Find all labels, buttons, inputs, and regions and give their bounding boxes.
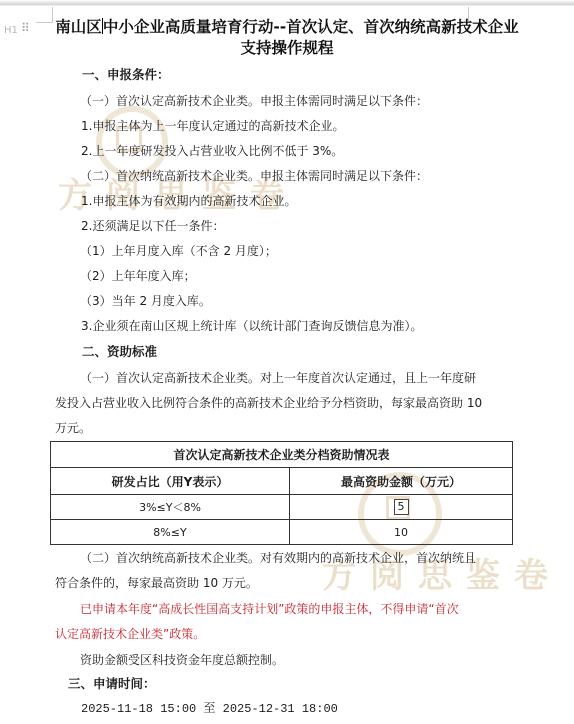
table-header-rd-ratio: 研发占比（用Y表示）	[51, 468, 290, 495]
table-header-row: 研发占比（用Y表示） 最高资助金额（万元）	[51, 468, 513, 495]
section-1-sub-1: （一）首次认定高新技术企业类。申报主体需同时满足以下条件：	[80, 93, 428, 109]
table-cell-rd-ratio: 3%≤Y＜8%	[51, 495, 290, 520]
table-caption-row: 首次认定高新技术企业类分档资助情况表	[51, 442, 513, 468]
section-2-para-3: 资助金额受区科技资金年度总额控制。	[80, 652, 284, 668]
section-1-sub-2-option-1: （1）上年月度入库（不含 2 月度）；	[80, 243, 277, 259]
application-time-range: 2025-11-18 15:00 至 2025-12-31 18:00	[81, 701, 338, 717]
section-1-sub-2-item-2: 2.还须满足以下任一条件：	[81, 218, 224, 234]
grant-tier-table: 首次认定高新技术企业类分档资助情况表 研发占比（用Y表示） 最高资助金额（万元）…	[50, 441, 513, 545]
section-1-sub-2-item-1: 1.申报主体为有效期内的高新技术企业。	[81, 193, 296, 209]
section-1-sub-1-item-2: 2.上一年度研发投入占营业收入比例不低于 3%。	[81, 143, 343, 159]
table-header-max-grant: 最高资助金额（万元）	[290, 468, 513, 495]
section-heading-2: 二、资助标准	[82, 344, 157, 360]
section-1-sub-2-option-2: （2）上年年度入库；	[80, 268, 196, 284]
section-2-para-1-line-3: 万元。	[55, 420, 91, 436]
section-2-para-1-line-2: 发投入占营业收入比例符合条件的高新技术企业给予分档资助，每家最高资助 10	[55, 395, 482, 411]
section-heading-3: 三、申请时间：	[68, 676, 156, 692]
title-part1: 南山区	[55, 18, 102, 36]
notice-line-1: 已申请本年度“高成长性国高支持计划”政策的申报主体，不得申请“首次	[80, 601, 459, 617]
drag-handle-icon[interactable]: ⠿	[21, 24, 29, 32]
section-2-para-2-line-1: （二）首次纳统高新技术企业类。对有效期内的高新技术企业，首次纳统且	[80, 550, 476, 566]
table-cell-max-grant: 5	[290, 495, 513, 520]
title-line2: 支持操作规程	[240, 39, 333, 57]
section-1-sub-1-item-1: 1.申报主体为上一年度认定通过的高新技术企业。	[81, 118, 344, 134]
section-1-sub-2-item-3: 3.企业须在南山区规上统计库（以统计部门查询反馈信息为准）。	[81, 318, 422, 334]
section-2-para-1-line-1: （一）首次认定高新技术企业类。对上一年度首次认定通过，且上一年度研	[80, 370, 476, 386]
section-1-sub-2-option-3: （3）当年 2 月度入库。	[80, 293, 211, 309]
table-cell-rd-ratio: 8%≤Y	[51, 520, 290, 545]
table-row: 3%≤Y＜8% 5	[51, 495, 513, 520]
document-title[interactable]: 南山区中小企业高质量培育行动--首次认定、首次纳统高新技术企业 支持操作规程	[40, 17, 534, 59]
notice-line-2: 认定高新技术企业类”政策。	[55, 626, 205, 642]
heading-level-icon[interactable]: H1	[4, 25, 18, 36]
section-1-sub-2: （二）首次纳统高新技术企业类。申报主体需同时满足以下条件：	[80, 168, 428, 184]
section-2-para-2-line-2: 符合条件的，每家最高资助 10 万元。	[55, 575, 258, 591]
title-part2: 中小企业高质量培育行动--首次认定、首次纳统高新技术企业	[103, 18, 519, 36]
page-top-edge	[0, 0, 574, 6]
table-cell-max-grant: 10	[290, 520, 513, 545]
table-caption: 首次认定高新技术企业类分档资助情况表	[51, 442, 513, 468]
table-cell-value: 5	[394, 499, 409, 515]
section-heading-1: 一、申报条件：	[82, 67, 170, 83]
table-row: 8%≤Y 10	[51, 520, 513, 545]
